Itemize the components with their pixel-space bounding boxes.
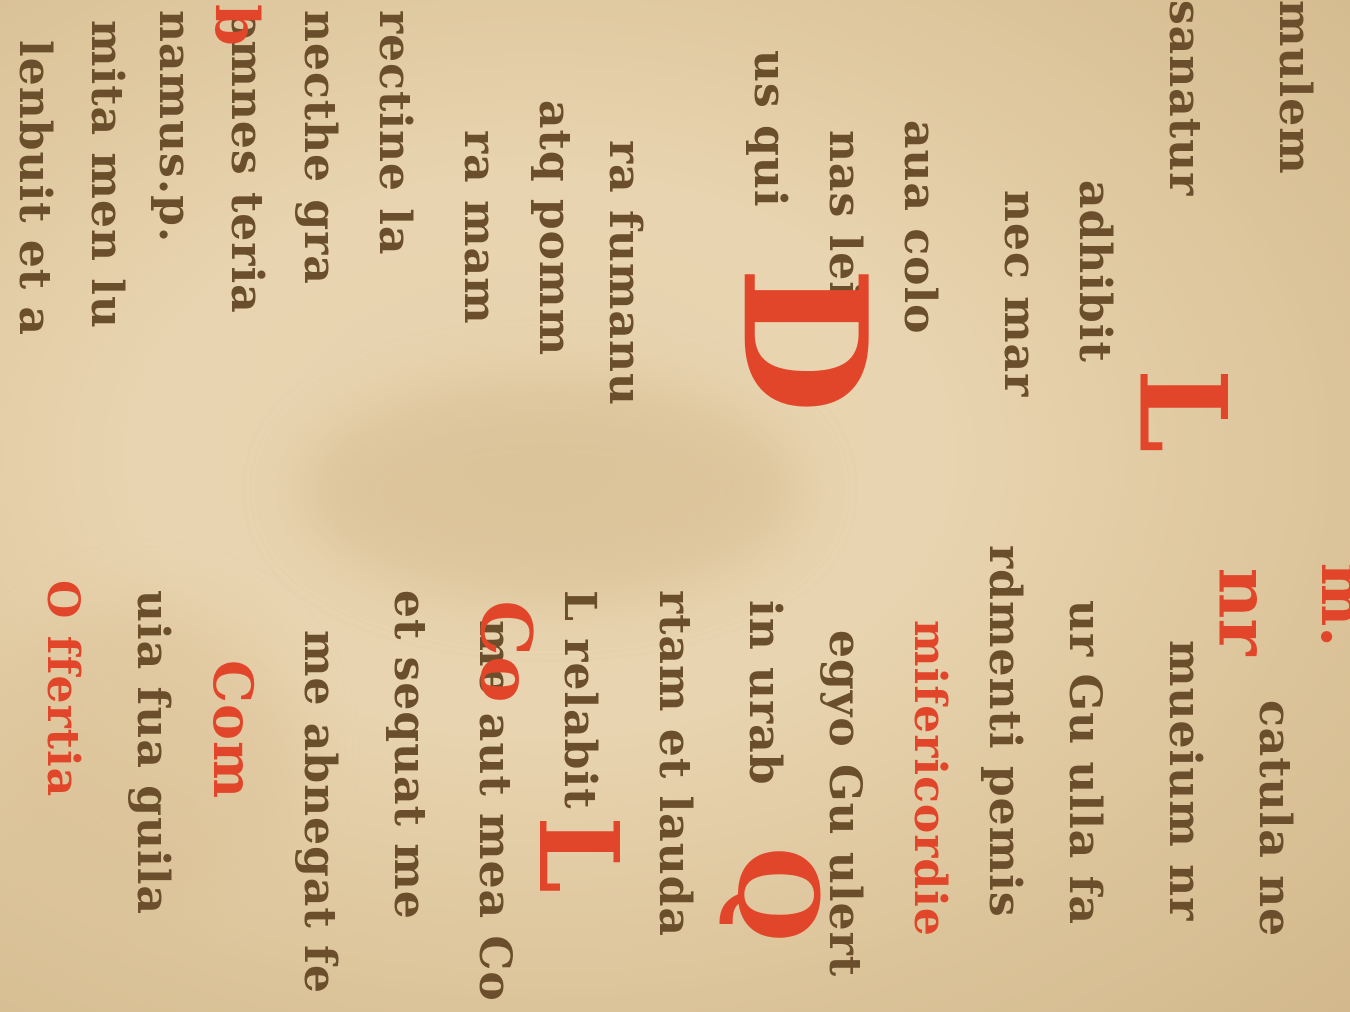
text-line: rdmenti pemis xyxy=(979,545,1030,918)
red-rubric-m: m. xyxy=(1307,563,1350,647)
rubric-misericordie: mifericordie xyxy=(904,620,955,937)
text-line: necthe gra xyxy=(294,10,345,285)
red-initial-d: D xyxy=(704,266,904,413)
text-line: uia fua guila xyxy=(127,590,178,915)
text-line: nec mar xyxy=(994,190,1045,397)
red-rubric-nr: nr xyxy=(1202,568,1285,656)
text-line: rectine la xyxy=(369,10,420,256)
text-line: in urab xyxy=(739,600,790,785)
red-initial-l: L xyxy=(514,816,643,893)
text-line: rtam et lauda xyxy=(649,590,700,937)
text-line: et sequat me xyxy=(384,590,435,920)
text-line: ra mam xyxy=(454,130,505,325)
text-line: atq pomm xyxy=(529,100,580,356)
text-line: lenbuit et a xyxy=(9,40,60,336)
rubric-offertoria: O ffertia xyxy=(37,580,88,797)
red-rubric-co: Co xyxy=(465,600,548,702)
text-line: catula ne xyxy=(1249,700,1300,937)
text-line: me abnegat fe xyxy=(294,630,345,994)
text-line: mita men lu xyxy=(81,20,132,329)
text-line: ur Gu ulla fa xyxy=(1059,600,1110,925)
text-line: mulem xyxy=(1269,0,1320,175)
red-initial-l: L xyxy=(1112,368,1253,452)
red-letter-b: b xyxy=(201,4,271,46)
text-line: mueium nr xyxy=(1159,640,1210,921)
text-line: L relabit xyxy=(554,590,605,809)
text-line: us qui xyxy=(744,50,795,208)
rubric-communio: Com xyxy=(201,660,265,799)
red-initial-q: Q xyxy=(713,847,842,943)
text-line: sanatur xyxy=(1159,0,1210,196)
text-line: adhibit xyxy=(1069,180,1120,363)
text-line: ra fumanu xyxy=(599,140,650,406)
text-line: omnes teria xyxy=(221,10,272,314)
text-line: namus.p. xyxy=(149,10,200,243)
